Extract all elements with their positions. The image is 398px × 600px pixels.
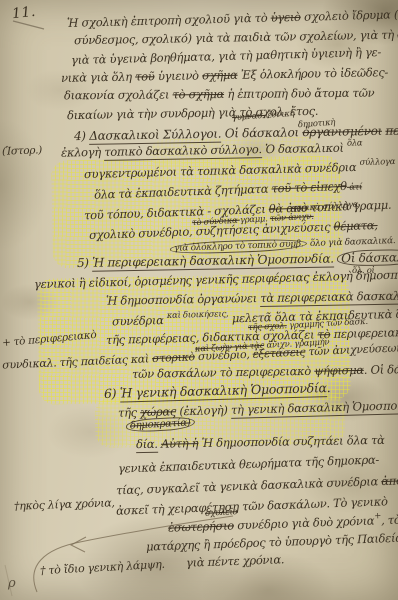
struck-text: θέματα,	[333, 218, 377, 234]
inserted-word: σύλλογα	[359, 157, 395, 168]
manuscript-line: διακονία σχολάζει τὸ σχῆμα ἡ ἐπιτροπὴ δυ…	[64, 88, 374, 102]
underlined-text: τοπικὸ δασκαλικὸ σύλλογο.	[104, 142, 262, 161]
text-segment: † τὸ ἴδιο γενικὴ λάμψη.	[40, 558, 165, 578]
text-segment: 11.	[11, 4, 36, 22]
inserted-word: ὅλα	[347, 138, 363, 148]
struck-text: ψήφισμα	[314, 363, 364, 378]
struck-text: ἐξετάσεις	[252, 345, 305, 360]
insertion-arrow-tick	[71, 537, 86, 552]
text-segment: ὅλα τὰ ἐκπαιδευτικὰ ζητήματα	[94, 181, 272, 201]
struck-text: γυμνασ.	[232, 111, 266, 123]
page-number-underline-stroke	[13, 21, 44, 29]
text-segment: συγκεντρωμένοι τὰ τοπικὰ δασκαλικὰ συνέδ…	[84, 160, 360, 181]
struck-text: σχῆμα	[202, 68, 238, 83]
text-segment: περιφερειακὸ	[330, 325, 398, 341]
text-segment: Οἱ δάσκαλοι	[221, 125, 302, 140]
text-segment: γενικὰ ἐκπαιδευτικὰ θεωρήματα τῆς δημοκρ…	[118, 452, 379, 475]
text-segment: .	[326, 380, 330, 395]
text-segment: (Ἱστορ.)	[2, 144, 42, 157]
underlined-text: δία.	[136, 437, 158, 453]
text-segment: διακονία σχολάζει	[64, 87, 173, 102]
text-segment: ἐκλογὴ	[61, 145, 104, 160]
manuscript-line: γιὰ τὰ ὑγεινὰ βοηθήματα, γιὰ τὴ μαθητικὴ…	[71, 47, 381, 67]
struck-text: ἀτί	[347, 182, 363, 193]
underlined-heading: Ἡ γενικὴ δασκαλικὴ Ὁμοσπονδία	[120, 380, 327, 402]
struck-text: περιοχῆς	[385, 123, 398, 138]
text-segment: σχολειὸ ἴδρυμα (κλίσημο	[301, 6, 398, 24]
underlined-heading: Ἡ περιφερειακὴ δασκαλικὴ Ὁμοσπονδία.	[92, 252, 334, 272]
underlined-heading: Δασκαλικοὶ Σύλλογοι.	[89, 127, 221, 145]
insertion-cross-mark: +	[374, 511, 381, 521]
manuscript-line: τίας, συγκαλεῖ τὰ γενικὰ δασκαλικὰ συνέδ…	[116, 475, 398, 497]
text-segment: 4)	[74, 129, 89, 143]
text-segment: συνδικαλ. τῆς παιδείας καὶ	[2, 352, 152, 372]
manuscript-line: γενικὰ ἐκπαιδευτικὰ θεωρήματα τῆς δημοκρ…	[118, 454, 379, 475]
text-segment: τίας, συγκαλεῖ τὰ γενικὰ δασκαλικὰ συνέδ…	[116, 474, 382, 497]
inserted-word: καὶ διοικήσεις,	[167, 309, 229, 321]
manuscript-line: ἐκλογὴ τοπικὸ δασκαλικὸ σύλλογο. Ὁ δασκα…	[61, 142, 363, 159]
text-segment: σύνδεσμος, σχολικό) γιὰ τὰ παιδιὰ τῶν σχ…	[74, 28, 398, 48]
text-segment: τοπικὰ γραμμ.	[307, 198, 391, 215]
struck-text: ἐσωτερήσιο	[168, 518, 234, 534]
section-heading-5: 5) Ἡ περιφερειακὴ δασκαλικὴ Ὁμοσπονδία. …	[77, 251, 398, 269]
struck-text: τοῦ τὸ εἰπεχθ	[271, 179, 347, 196]
text-segment: συνέδριο γιὰ δυὸ χρόνια	[234, 513, 375, 532]
manuscript-line: δία. Αὐτὴ ἡ Ἡ δημοσπονδία συζητάει ὅλα τ…	[136, 435, 385, 451]
section-heading-6: 6) Ἡ γενικὴ δασκαλικὴ Ὁμοσπονδία.	[104, 382, 331, 400]
underlined-text: τὴ γενικὴ δασκαλικὴ Ὁμοσπον-	[231, 398, 398, 419]
struck-text: στορικὸ	[152, 350, 195, 365]
text-segment: ἐθνικὴ	[265, 109, 295, 121]
text-segment: ἡ ἐπιτροπὴ δυὸ ἄτομα τῶν	[224, 86, 374, 101]
text-segment: †ηκὸς λίγα χρόνια,	[14, 496, 115, 513]
manuscript-page: 11. Ἡ σχολικὴ ἐπιτροπὴ σχολιοῦ γιὰ τὸ ὑγ…	[0, 0, 398, 600]
struck-text: ὑγειὸ	[271, 10, 301, 25]
text-segment: Ἡ δημοσπονδία συζητάει ὅλα τὰ	[198, 433, 385, 450]
text-segment: Ἡ δημοσπονδία ὀργανώνει	[106, 291, 261, 308]
margin-note-years: †ηκὸς λίγα χρόνια,	[14, 497, 115, 512]
manuscript-line: τῆς χώρας (ἐκλογὴ) τὴ γενικὴ δασκαλικὴ Ὁ…	[118, 400, 398, 419]
text-segment: τῆς	[118, 405, 141, 420]
text-segment: νικὰ γιὰ ὅλη	[61, 70, 135, 85]
text-segment: γιὰ πέντε χρόνια.	[186, 552, 285, 569]
text-segment: Ὁ δασκαλικοὶ	[262, 141, 348, 156]
text-segment: , τὸ γραμ-	[381, 511, 398, 527]
manuscript-line: Ἡ δημοσπονδία ὀργανώνει τὰ περιφερειακὰ …	[106, 290, 398, 307]
text-segment: ὅλο γιὰ δασκαλικά.	[307, 236, 395, 249]
manuscript-line: ματάρχης ἢ πρόεδρος τὸ ὑπουργὸ τῆς Παιδε…	[146, 532, 398, 553]
text-segment: ὑγιεινὸ	[154, 68, 202, 83]
margin-note-histor: (Ἱστορ.)	[2, 145, 42, 157]
text-segment: (ἐκλογὴ)	[176, 403, 231, 418]
text-segment: συνέδρια	[112, 313, 167, 328]
circled-text: Οἱ δάσκαλοι	[337, 249, 398, 266]
text-segment: + τὸ περιφερειακὸ	[2, 329, 97, 349]
text-segment: γενικοὶ ἢ εἰδικοί, ὁρισμένης γενικῆς περ…	[34, 267, 398, 291]
text-segment: ρ	[8, 576, 16, 591]
margin-note-plus: + τὸ περιφερειακὸ	[2, 330, 97, 349]
text-segment: Ἐξ ὁλοκλήρου τὸ ἰδεῶδες-	[237, 65, 388, 82]
text-segment: τῶν δασκάλων τὸ περιφερειακὸ	[132, 364, 315, 381]
struck-text: σχολεῖο	[205, 507, 238, 519]
struck-text: τοῦ	[135, 69, 155, 83]
interline-insertion: γυμνασ. ἐθνικὴ	[232, 110, 295, 123]
page-number: 11.	[11, 4, 36, 22]
manuscript-line: νικὰ γιὰ ὅλη τοῦ ὑγιεινὸ σχῆμα Ἐξ ὁλοκλή…	[61, 67, 388, 84]
struck-text: Αὐτὴ ἡ	[161, 436, 199, 451]
manuscript-line: γενικοὶ ἢ εἰδικοί, ὁρισμένης γενικῆς περ…	[34, 269, 398, 291]
interline-insertion: σχολεῖο	[205, 508, 238, 518]
text-segment: 6)	[104, 386, 120, 401]
struck-text: ὀργανισμένοι	[302, 124, 382, 139]
manuscript-line: γιὰ πέντε χρόνια.	[186, 554, 285, 569]
manuscript-line: σύνδεσμος, σχολικό) γιὰ τὰ παιδιὰ τῶν σχ…	[74, 29, 398, 47]
manuscript-line: ὅλα τὰ ἐκπαιδευτικὰ ζητήματα τοῦ τὸ εἰπε…	[94, 180, 362, 201]
text-segment: 5)	[77, 256, 92, 270]
underlined-text: τὰ περιφερειακὰ δασκαλικὰ	[260, 288, 398, 307]
struck-text: τὸ σχῆμα	[172, 87, 224, 101]
text-segment: γιὰ τὰ ὑγεινὰ βοηθήματα, γιὰ τὴ μαθητικὴ…	[71, 45, 381, 67]
circled-insertion: δημοκρατία)	[126, 418, 195, 432]
text-segment: Ἡ σχολικὴ ἐπιτροπὴ σχολιοῦ γιὰ τὸ	[67, 11, 271, 30]
margin-note-footnote: † τὸ ἴδιο γενικὴ λάμψη.	[40, 559, 165, 577]
manuscript-line: τῶν δασκάλων τὸ περιφερειακὸ ψήφισμα. Οἱ…	[132, 363, 398, 380]
text-segment: . Οἱ δάσκαλοι ὅλης	[364, 361, 398, 377]
manuscript-line: Ἡ σχολικὴ ἐπιτροπὴ σχολιοῦ γιὰ τὸ ὑγειὸ …	[67, 8, 398, 29]
manuscript-line: συγκεντρωμένοι τὰ τοπικὰ δασκαλικὰ συνέδ…	[84, 161, 396, 181]
struck-text: ἀπόταξ	[381, 473, 398, 488]
corner-glyph: ρ	[8, 576, 16, 591]
text-segment: συνέδριο,	[194, 348, 253, 364]
